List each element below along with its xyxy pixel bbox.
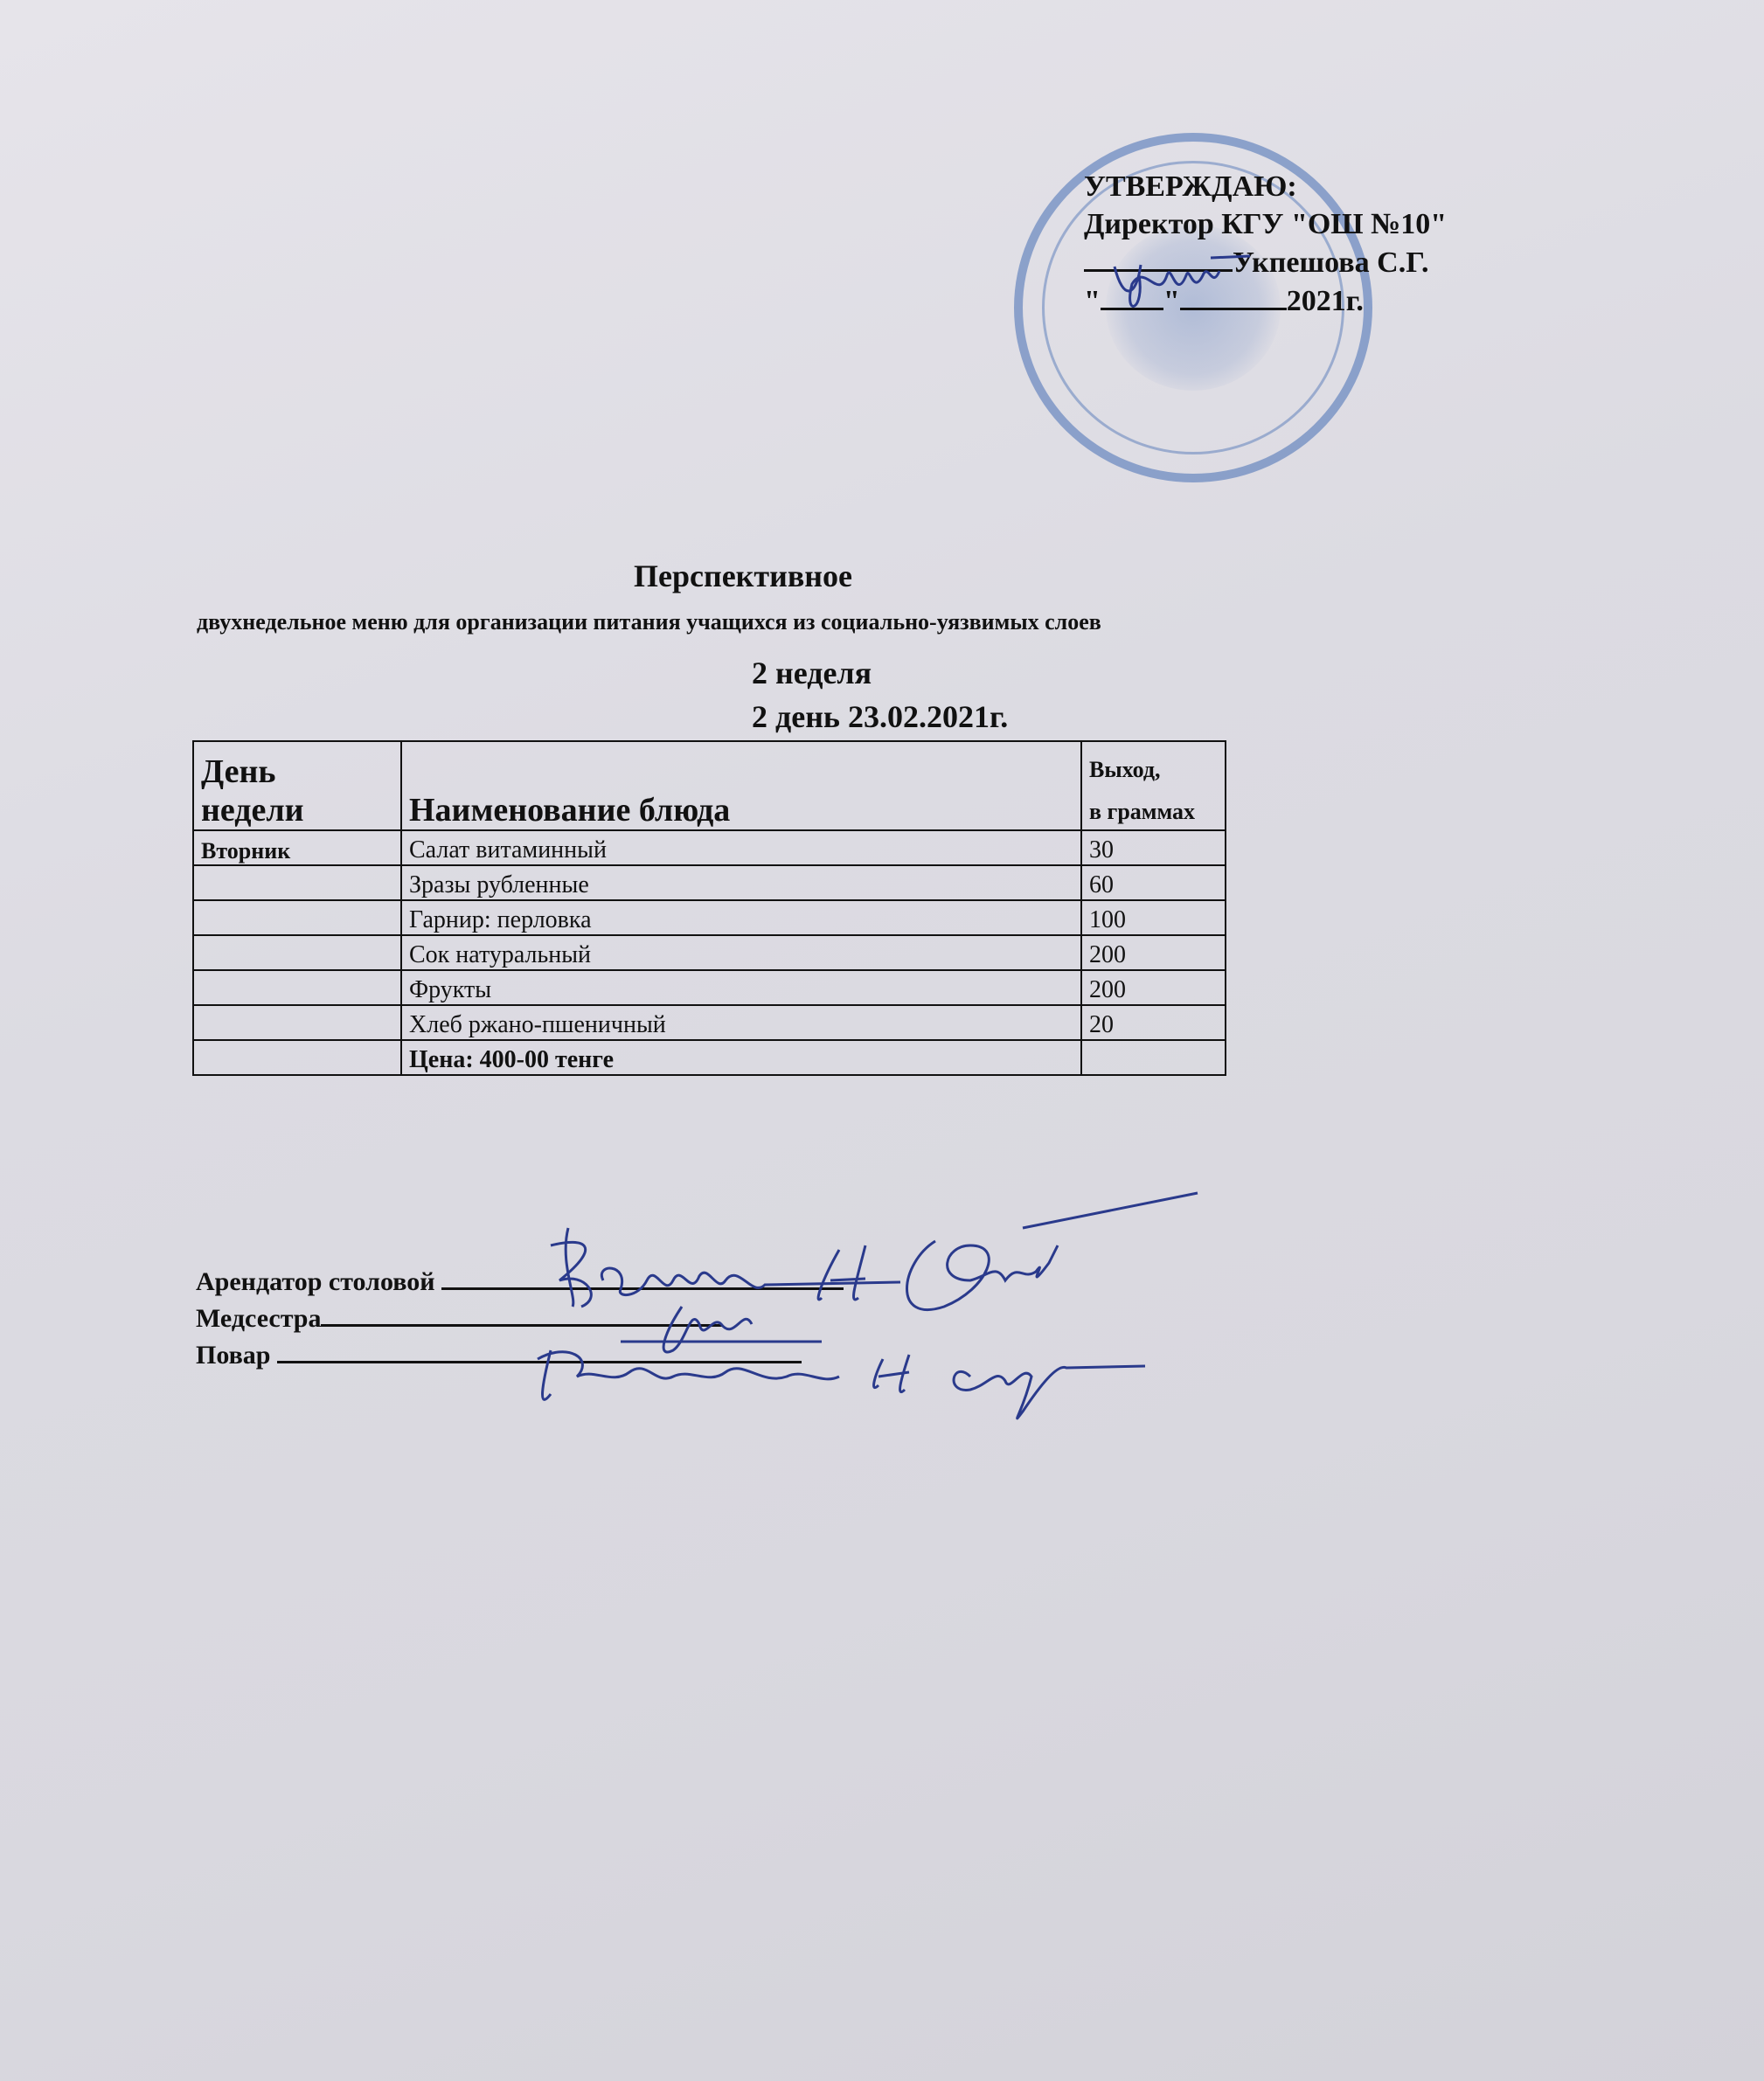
day-label: 2 день 23.02.2021г. — [752, 695, 1008, 739]
table-row: Фрукты200 — [193, 970, 1226, 1005]
day-cell — [193, 970, 401, 1005]
grams-cell: 30 — [1081, 830, 1226, 865]
dish-cell: Зразы рубленные — [401, 865, 1081, 900]
table-row: Зразы рубленные60 — [193, 865, 1226, 900]
grams-cell: 200 — [1081, 935, 1226, 970]
nurse-label: Медсестра — [196, 1304, 321, 1333]
price-grams-cell — [1081, 1040, 1226, 1075]
dish-cell: Гарнир: перловка — [401, 900, 1081, 935]
dish-cell: Сок натуральный — [401, 935, 1081, 970]
week-day-heading: 2 неделя 2 день 23.02.2021г. — [752, 651, 1008, 739]
handwritten-signatures — [533, 1210, 1224, 1403]
header-day-of-week: День недели — [193, 741, 401, 830]
price-label: Цена: 400-00 тенге — [401, 1040, 1081, 1075]
price-row: Цена: 400-00 тенге — [193, 1040, 1226, 1075]
document-subtitle: двухнедельное меню для организации питан… — [197, 609, 1101, 635]
document-title: Перспективное — [0, 558, 1486, 594]
director-signature — [1106, 249, 1254, 319]
approval-position: Директор КГУ "ОШ №10" — [1084, 205, 1447, 243]
day-cell — [193, 1005, 401, 1040]
grams-cell: 100 — [1081, 900, 1226, 935]
dish-cell: Салат витаминный — [401, 830, 1081, 865]
table-header-row: День недели Наименование блюда Выход, в … — [193, 741, 1226, 830]
table-row: Гарнир: перловка100 — [193, 900, 1226, 935]
grams-cell: 60 — [1081, 865, 1226, 900]
menu-table: День недели Наименование блюда Выход, в … — [192, 740, 1226, 1076]
day-cell — [193, 900, 401, 935]
table-row: ВторникСалат витаминный30 — [193, 830, 1226, 865]
header-output-grams: Выход, в граммах — [1081, 741, 1226, 830]
week-label: 2 неделя — [752, 651, 1008, 695]
approval-year: 2021г. — [1287, 285, 1364, 317]
table-row: Сок натуральный200 — [193, 935, 1226, 970]
price-day-cell — [193, 1040, 401, 1075]
header-dish-name: Наименование блюда — [401, 741, 1081, 830]
grams-cell: 20 — [1081, 1005, 1226, 1040]
day-cell — [193, 935, 401, 970]
dish-cell: Фрукты — [401, 970, 1081, 1005]
approval-name: Укпешова С.Г. — [1233, 246, 1429, 279]
day-cell: Вторник — [193, 830, 401, 865]
grams-cell: 200 — [1081, 970, 1226, 1005]
dish-cell: Хлеб ржано-пшеничный — [401, 1005, 1081, 1040]
cook-label: Повар — [196, 1341, 270, 1370]
day-cell — [193, 865, 401, 900]
tenant-label: Арендатор столовой — [196, 1267, 435, 1296]
approval-heading: УТВЕРЖДАЮ: — [1084, 168, 1447, 205]
table-row: Хлеб ржано-пшеничный20 — [193, 1005, 1226, 1040]
